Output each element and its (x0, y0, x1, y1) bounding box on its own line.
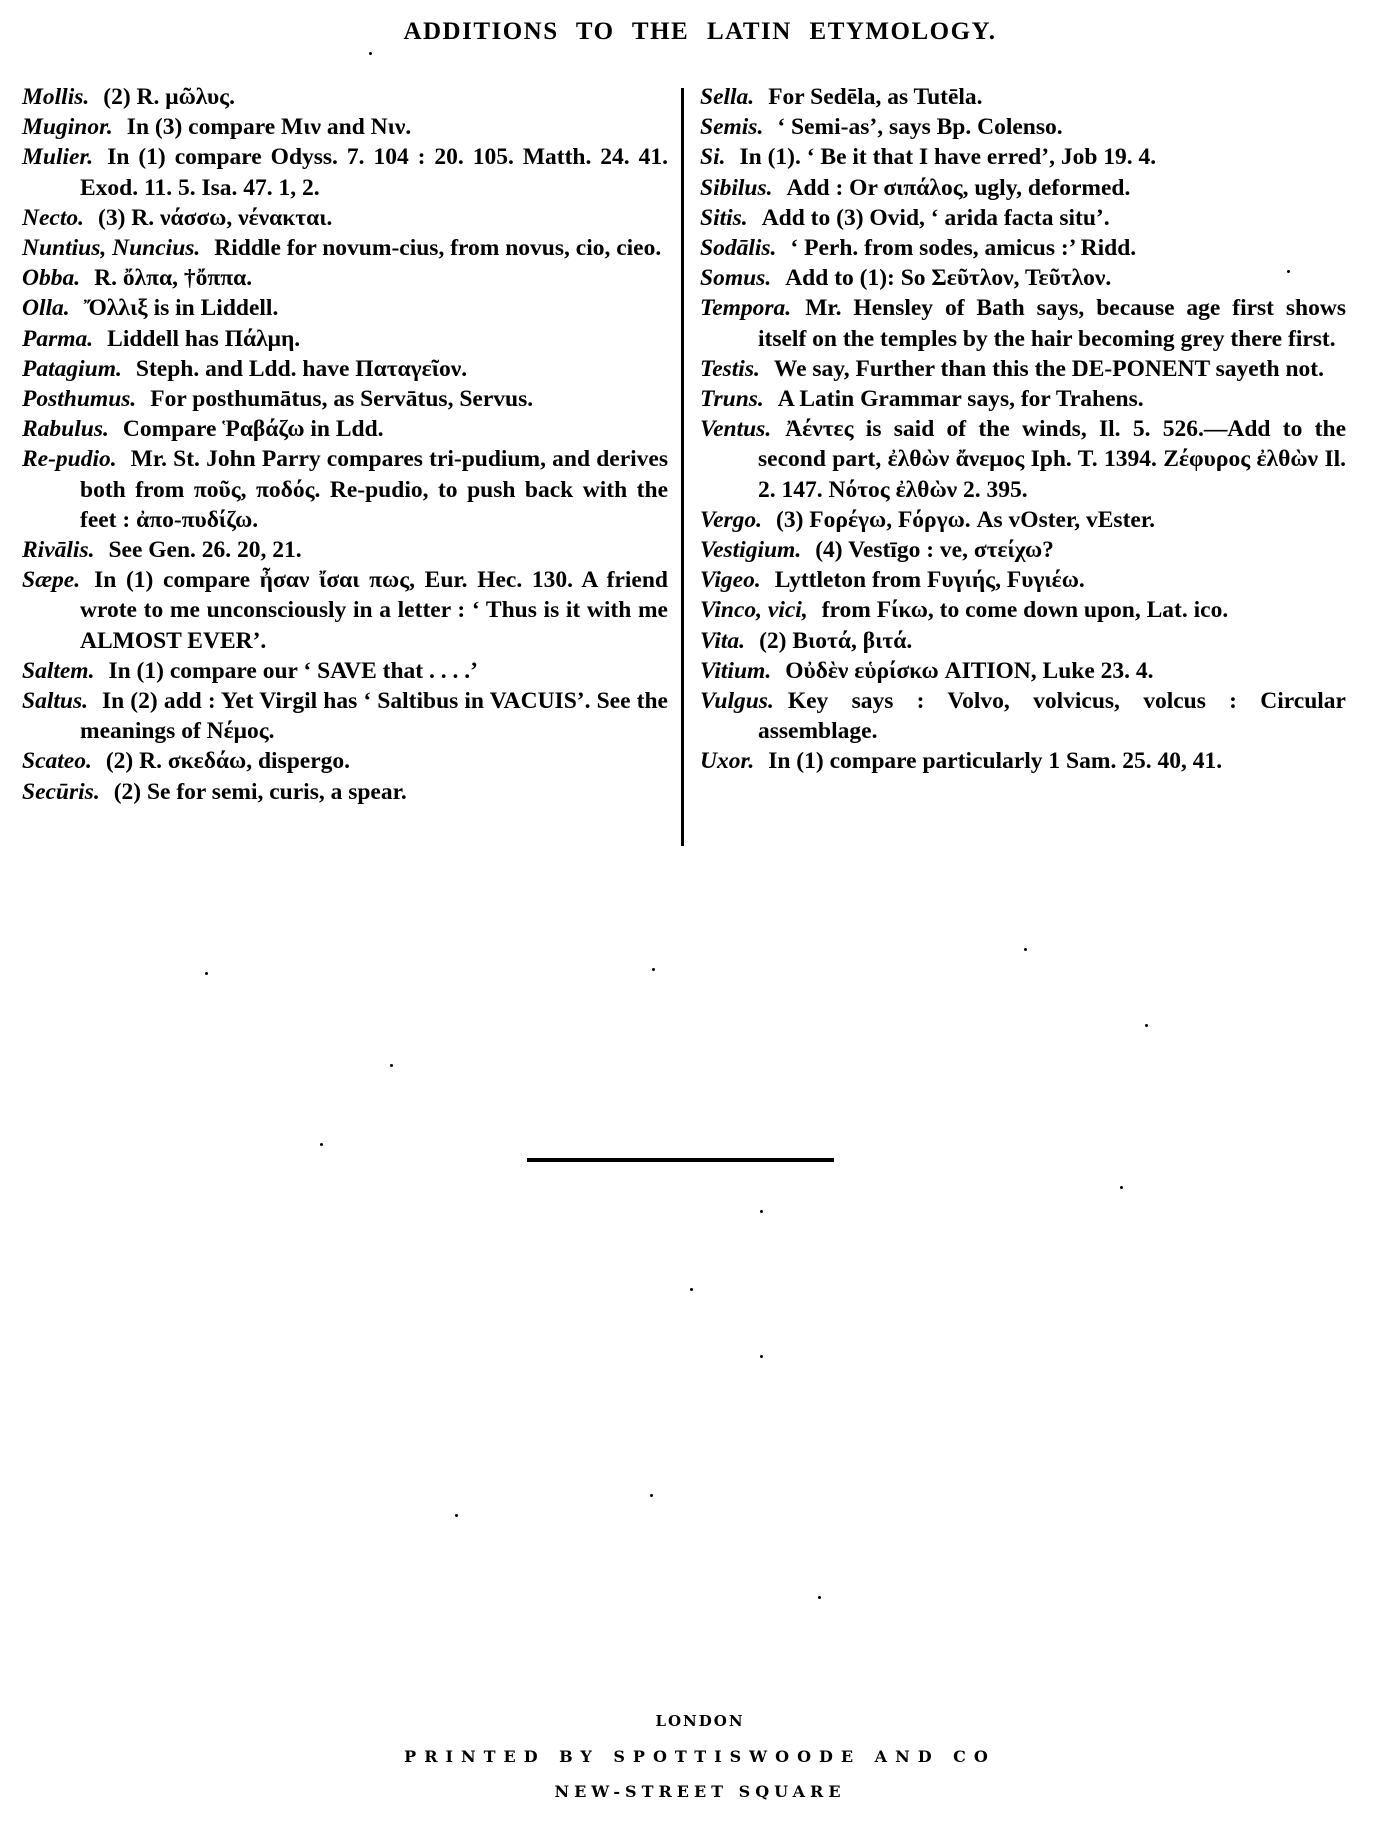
scan-speck (369, 52, 372, 55)
imprint-printer: PRINTED BY SPOTTISWOODE AND CO (0, 1747, 1400, 1766)
entry: Re-pudio.Mr. St. John Parry compares tri… (22, 444, 668, 535)
right-column: Sella.For Sedēla, as Tutēla. Semis.‘ Sem… (700, 82, 1346, 777)
entry-text: In (1) compare Odyss. 7. 104 : 20. 105. … (80, 144, 668, 200)
entry-text: (4) Vestīgo : ve, στείχω? (815, 537, 1054, 563)
scan-speck (818, 1596, 821, 1599)
entry: Vestigium.(4) Vestīgo : ve, στείχω? (700, 535, 1346, 565)
entry-text: Compare Ῥαβάζω in Ldd. (123, 416, 384, 442)
page-title: ADDITIONS TO THE LATIN ETYMOLOGY. (0, 18, 1400, 46)
scan-speck (760, 1355, 763, 1358)
headword: Vestigium. (700, 537, 801, 563)
headword: Re-pudio. (22, 446, 117, 472)
entry: Saltem.In (1) compare our ‘ SAVE that . … (22, 656, 668, 686)
headword: Posthumus. (22, 386, 136, 412)
entry: Muginor.In (3) compare Μιν and Νιν. (22, 112, 668, 142)
entry: Vita.(2) Βιοτά, βιτά. (700, 626, 1346, 656)
headword: Vinco, vici, (700, 597, 808, 623)
headword: Necto. (22, 205, 84, 231)
headword: Rivālis. (22, 537, 94, 563)
headword: Parma. (22, 326, 93, 352)
entry-text: In (2) add : Yet Virgil has ‘ Saltibus i… (80, 688, 668, 744)
entry-text: from Ϝίκω, to come down upon, Lat. ico. (822, 597, 1229, 623)
entry-text: (2) Βιοτά, βιτά. (759, 628, 912, 654)
entry-text: ‘ Semi-as’, says Bp. Colenso. (777, 114, 1062, 140)
headword: Rabulus. (22, 416, 109, 442)
scan-speck (390, 1064, 393, 1067)
entry-text: A Latin Grammar says, for Trahens. (778, 386, 1144, 412)
entry: Vigeo.Lyttleton from Ϝυγιής, Ϝυγιέω. (700, 565, 1346, 595)
entry-text: ‘ Perh. from sodes, amicus :’ Ridd. (790, 235, 1136, 261)
headword: Patagium. (22, 356, 122, 382)
entry: Rabulus.Compare Ῥαβάζω in Ldd. (22, 414, 668, 444)
scan-speck (1145, 1024, 1148, 1027)
headword: Mollis. (22, 84, 89, 110)
headword: Semis. (700, 114, 763, 140)
entry: Secūris.(2) Se for semi, curis, a spear. (22, 777, 668, 807)
headword: Vita. (700, 628, 745, 654)
entry-text: Lyttleton from Ϝυγιής, Ϝυγιέω. (775, 567, 1085, 593)
headword: Mulier. (22, 144, 93, 170)
entry-text: See Gen. 26. 20, 21. (108, 537, 301, 563)
headword: Vitium. (700, 658, 771, 684)
headword: Sella. (700, 84, 754, 110)
entry-text: Riddle for novum-cius, from novus, cio, … (214, 235, 661, 261)
headword: Vigeo. (700, 567, 761, 593)
entry: Obba.R. ὄλπα, †ὄππα. (22, 263, 668, 293)
entry-text: Steph. and Ldd. have Παταγεῖον. (136, 356, 467, 382)
scan-speck (455, 1514, 458, 1517)
entry-text: In (3) compare Μιν and Νιν. (127, 114, 412, 140)
entry: Mollis.(2) R. μῶλυς. (22, 82, 668, 112)
entry: Sæpe.In (1) compare ἦσαν ἴσαι πως, Eur. … (22, 565, 668, 656)
entry-text: In (1) compare ἦσαν ἴσαι πως, Eur. Hec. … (80, 567, 668, 653)
entry: Parma.Liddell has Πάλμη. (22, 324, 668, 354)
entry: Olla.Ὄλλιξ is in Liddell. (22, 293, 668, 323)
headword: Uxor. (700, 748, 754, 774)
entry-text: Ὄλλιξ is in Liddell. (84, 295, 279, 321)
entry: Sodālis.‘ Perh. from sodes, amicus :’ Ri… (700, 233, 1346, 263)
entry: Necto.(3) R. νάσσω, νένακται. (22, 203, 668, 233)
entry: Saltus.In (2) add : Yet Virgil has ‘ Sal… (22, 686, 668, 746)
entry-text: Liddell has Πάλμη. (107, 326, 300, 352)
entry-text: For Sedēla, as Tutēla. (768, 84, 982, 110)
headword: Vulgus. (700, 688, 774, 714)
column-divider (681, 88, 684, 846)
imprint-address: NEW-STREET SQUARE (0, 1782, 1400, 1801)
entry-text: In (1). ‘ Be it that I have erred’, Job … (739, 144, 1156, 170)
entry: Somus.Add to (1): So Σεῦτλον, Τεῦτλον. (700, 263, 1346, 293)
entry-text: Key says : Volvo, volvicus, volcus : Cir… (758, 688, 1346, 744)
entry: Rivālis.See Gen. 26. 20, 21. (22, 535, 668, 565)
headword: Testis. (700, 356, 760, 382)
entry: Vinco, vici,from Ϝίκω, to come down upon… (700, 595, 1346, 625)
headword: Si. (700, 144, 725, 170)
entry-text: R. ὄλπα, †ὄππα. (94, 265, 252, 291)
entry: Sibilus.Add : Or σιπάλος, ugly, deformed… (700, 173, 1346, 203)
entry-text: Add : Or σιπάλος, ugly, deformed. (787, 175, 1131, 201)
headword: Saltus. (22, 688, 88, 714)
end-rule (527, 1158, 834, 1162)
entry: Mulier.In (1) compare Odyss. 7. 104 : 20… (22, 142, 668, 202)
scan-speck (1024, 948, 1027, 951)
entry-text: (2) R. μῶλυς. (103, 84, 235, 110)
entry-text: Οὐδὲν εὑρίσκω AITION, Luke 23. 4. (785, 658, 1153, 684)
scan-speck (1120, 1186, 1123, 1189)
entry: Vergo.(3) Ϝορέγω, Ϝόργω. As vOster, vEst… (700, 505, 1346, 535)
entry-text: Add to (3) Ovid, ‘ arida facta situ’. (762, 205, 1110, 231)
scan-speck (205, 972, 208, 975)
headword: Scateo. (22, 748, 92, 774)
headword: Obba. (22, 265, 80, 291)
entry: Sitis.Add to (3) Ovid, ‘ arida facta sit… (700, 203, 1346, 233)
headword: Truns. (700, 386, 764, 412)
entry: Si.In (1). ‘ Be it that I have erred’, J… (700, 142, 1346, 172)
entry-text: Ἀέντες is said of the winds, Il. 5. 526.… (758, 416, 1346, 502)
entry: Sella.For Sedēla, as Tutēla. (700, 82, 1346, 112)
entry: Semis.‘ Semi-as’, says Bp. Colenso. (700, 112, 1346, 142)
entry: Vitium.Οὐδὲν εὑρίσκω AITION, Luke 23. 4. (700, 656, 1346, 686)
left-column: Mollis.(2) R. μῶλυς. Muginor.In (3) comp… (22, 82, 668, 807)
headword: Sibilus. (700, 175, 773, 201)
headword: Somus. (700, 265, 771, 291)
entry: Uxor.In (1) compare particularly 1 Sam. … (700, 746, 1346, 776)
scan-speck (1287, 270, 1290, 273)
scan-speck (650, 1494, 653, 1497)
entry: Ventus.Ἀέντες is said of the winds, Il. … (700, 414, 1346, 505)
headword: Sitis. (700, 205, 748, 231)
entry: Vulgus.Key says : Volvo, volvicus, volcu… (700, 686, 1346, 746)
entry-text: (2) Se for semi, curis, a spear. (114, 779, 407, 805)
headword: Nuntius, Nuncius. (22, 235, 200, 261)
headword: Saltem. (22, 658, 94, 684)
scan-speck (320, 1143, 323, 1146)
entry-text: In (1) compare particularly 1 Sam. 25. 4… (768, 748, 1222, 774)
entry-text: We say, Further than this the DE-PONENT … (774, 356, 1324, 382)
headword: Tempora. (700, 295, 791, 321)
headword: Sæpe. (22, 567, 80, 593)
headword: Sodālis. (700, 235, 776, 261)
entry: Tempora.Mr. Hensley of Bath says, becaus… (700, 293, 1346, 353)
headword: Vergo. (700, 507, 762, 533)
entry: Posthumus.For posthumātus, as Servātus, … (22, 384, 668, 414)
scan-speck (760, 1210, 763, 1213)
entry-text: (3) Ϝορέγω, Ϝόργω. As vOster, vEster. (776, 507, 1155, 533)
entry: Scateo.(2) R. σκεδάω, dispergo. (22, 746, 668, 776)
entry-text: In (1) compare our ‘ SAVE that . . . .’ (108, 658, 477, 684)
entry-text: Add to (1): So Σεῦτλον, Τεῦτλον. (785, 265, 1111, 291)
headword: Secūris. (22, 779, 100, 805)
entry-text: Mr. St. John Parry compares tri-pudium, … (80, 446, 668, 532)
entry-text: (3) R. νάσσω, νένακται. (98, 205, 332, 231)
entry-text: For posthumātus, as Servātus, Servus. (150, 386, 533, 412)
entry-text: (2) R. σκεδάω, dispergo. (106, 748, 350, 774)
headword: Ventus. (700, 416, 771, 442)
headword: Muginor. (22, 114, 113, 140)
entry: Nuntius, Nuncius.Riddle for novum-cius, … (22, 233, 668, 263)
headword: Olla. (22, 295, 70, 321)
scan-speck (652, 968, 655, 971)
entry-text: Mr. Hensley of Bath says, because age fi… (758, 295, 1346, 351)
entry: Truns.A Latin Grammar says, for Trahens. (700, 384, 1346, 414)
scan-speck (690, 1288, 693, 1291)
imprint-city: LONDON (0, 1712, 1400, 1730)
entry: Testis.We say, Further than this the DE-… (700, 354, 1346, 384)
entry: Patagium.Steph. and Ldd. have Παταγεῖον. (22, 354, 668, 384)
